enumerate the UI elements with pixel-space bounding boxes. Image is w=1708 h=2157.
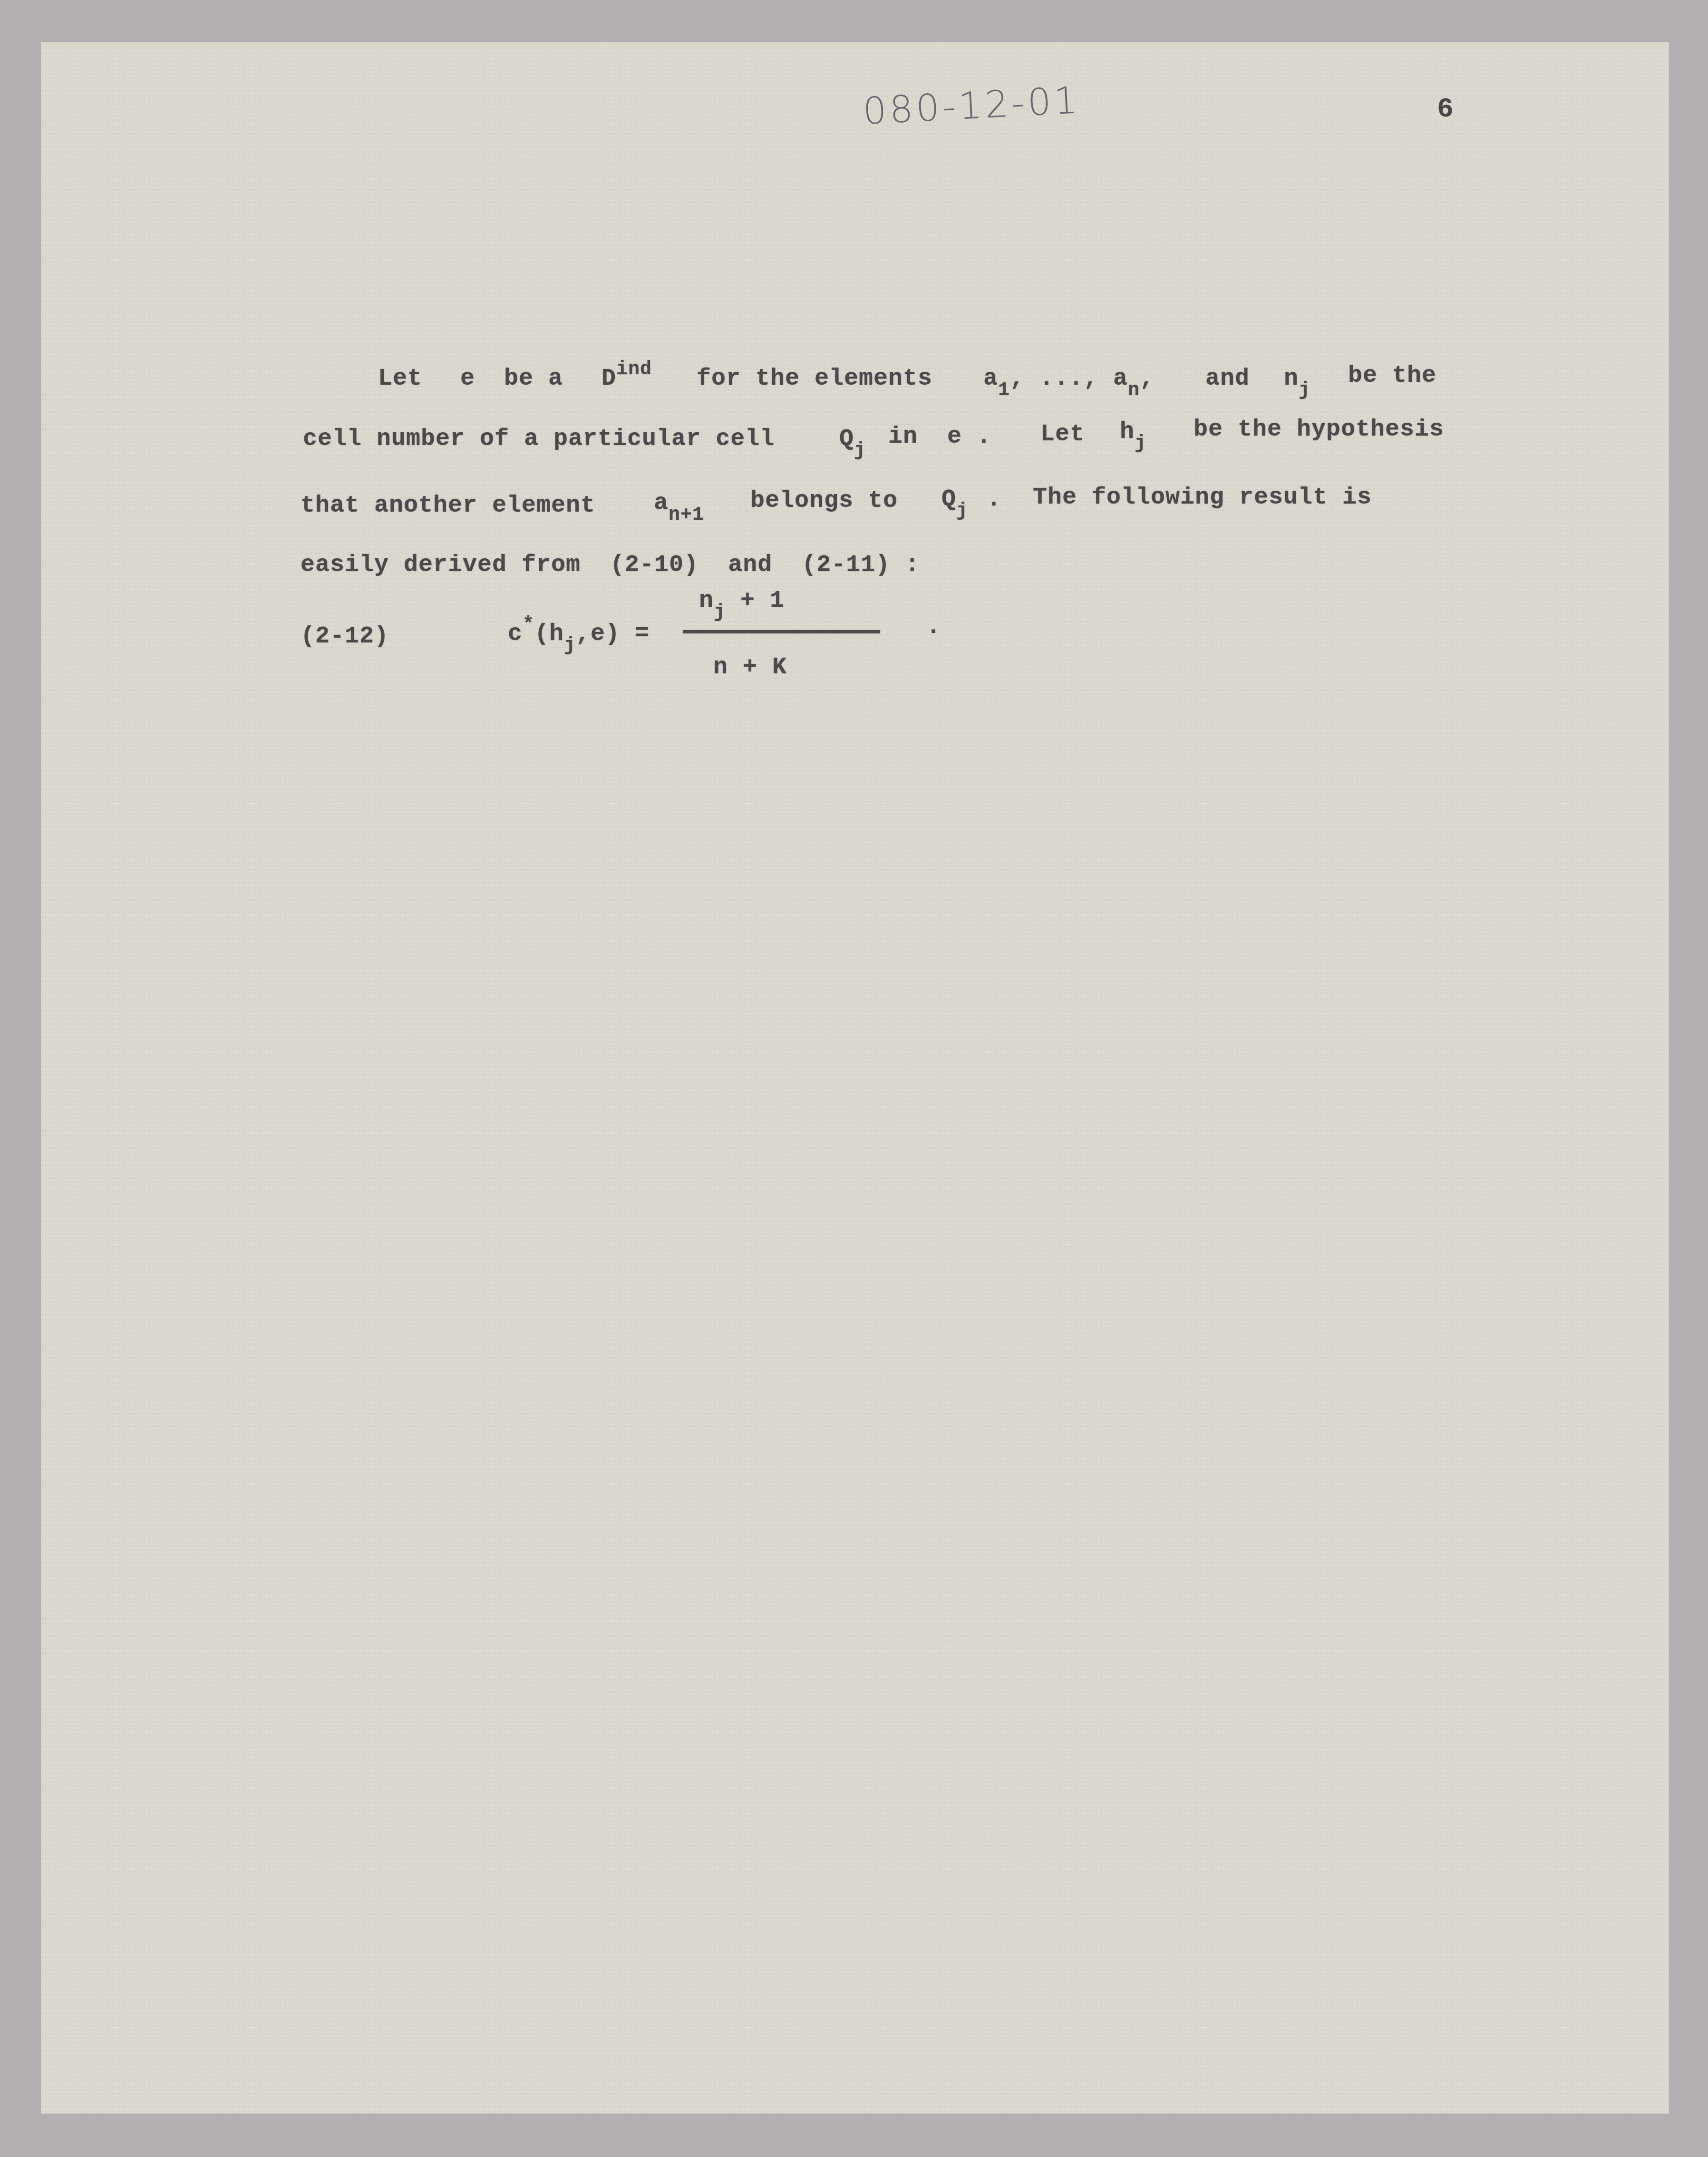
line-2-hj: hj xyxy=(1120,418,1146,446)
line-1-let: Let xyxy=(378,365,422,392)
line-4-easily-derived: easily derived from (2-10) and (2-11) : xyxy=(301,552,920,579)
line-3-following-result: The following result is xyxy=(1033,484,1372,511)
line-3-belongs-to: belongs to xyxy=(750,487,898,515)
line-3-qj: Qj xyxy=(941,486,968,513)
equation-trailing-period: . xyxy=(926,613,941,641)
equation-numerator: nj + 1 xyxy=(699,587,785,614)
equation-fraction-bar xyxy=(683,630,880,633)
line-1-be-the: be the xyxy=(1348,362,1436,389)
line-2-cell-number: cell number of a particular cell xyxy=(303,426,775,453)
equation-denominator: n + K xyxy=(713,654,787,681)
equation-label: (2-12) xyxy=(301,623,389,650)
line-1-nj: nj xyxy=(1284,365,1310,392)
line-1-be-a: be a xyxy=(504,365,563,392)
line-1-e: e xyxy=(460,365,475,392)
line-1-d-ind: Dind xyxy=(602,365,652,392)
line-2-qj: Qj xyxy=(839,426,866,453)
paper-page xyxy=(41,42,1669,2114)
line-1-element-list: a1, ..., an, xyxy=(983,365,1155,392)
line-1-for-the-elements: for the elements xyxy=(697,365,932,392)
line-3-period: . xyxy=(987,486,1001,513)
line-2-be-the-hypothesis: be the hypothesis xyxy=(1194,416,1444,443)
line-3-an-plus-1: an+1 xyxy=(654,490,704,517)
line-1-and: and xyxy=(1205,365,1250,392)
line-2-in-e: in e . xyxy=(888,423,991,450)
page-number: 6 xyxy=(1437,94,1454,125)
line-2-let: Let xyxy=(1040,421,1085,448)
equation-lhs: c*(hj,e) = xyxy=(508,621,650,648)
line-3-that-another-element: that another element xyxy=(301,492,595,519)
